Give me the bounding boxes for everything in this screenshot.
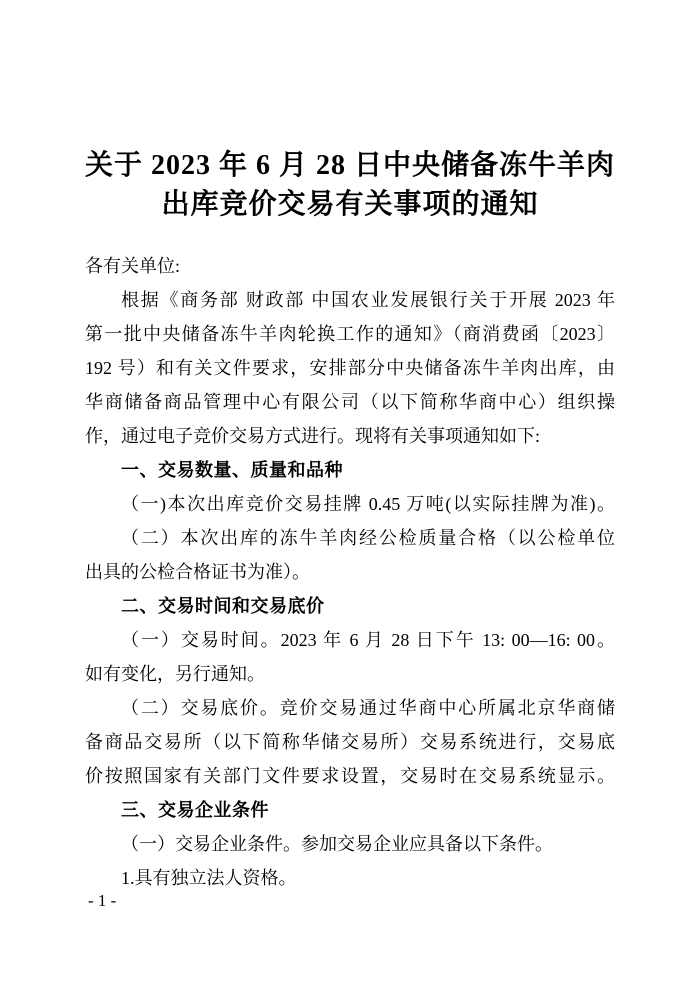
body-line: （一）交易企业条件。参加交易企业应具备以下条件。 [85,827,615,861]
salutation-line: 各有关单位: [85,249,615,283]
body-line: 第一批中央储备冻牛羊肉轮换工作的通知》（商消费函〔2023〕 [85,317,615,351]
body-line: 192 号）和有关文件要求，安排部分中央储备冻牛羊肉出库，由 [85,351,615,385]
body-line: 华商储备商品管理中心有限公司（以下简称华商中心）组织操 [85,385,615,419]
body-line: （二）交易底价。竞价交易通过华商中心所属北京华商储 [85,691,615,725]
section-heading-2: 二、交易时间和交易底价 [85,589,615,623]
section-heading-3: 三、交易企业条件 [85,793,615,827]
document-title-line-2: 出库竞价交易有关事项的通知 [85,185,615,224]
body-line: 备商品交易所（以下简称华储交易所）交易系统进行，交易底 [85,725,615,759]
body-line: 1.具有独立法人资格。 [85,861,615,895]
body-line: 如有变化，另行通知。 [85,657,615,691]
body-line: （二）本次出库的冻牛羊肉经公检质量合格（以公检单位 [85,521,615,555]
document-body: 各有关单位: 根据《商务部 财政部 中国农业发展银行关于开展 2023 年 第一… [85,249,615,895]
body-line: 价按照国家有关部门文件要求设置，交易时在交易系统显示。 [85,759,615,793]
document-title: 关于 2023 年 6 月 28 日中央储备冻牛羊肉 出库竞价交易有关事项的通知 [85,146,615,224]
document-title-line-1: 关于 2023 年 6 月 28 日中央储备冻牛羊肉 [85,146,615,185]
document-page: 关于 2023 年 6 月 28 日中央储备冻牛羊肉 出库竞价交易有关事项的通知… [0,0,700,989]
section-heading-1: 一、交易数量、质量和品种 [85,453,615,487]
page-number: - 1 - [88,891,116,911]
body-line: 出具的公检合格证书为准）。 [85,555,615,589]
body-line: 作，通过电子竞价交易方式进行。现将有关事项通知如下: [85,419,615,453]
body-line: 根据《商务部 财政部 中国农业发展银行关于开展 2023 年 [85,283,615,317]
body-line: （一）交易时间。2023 年 6 月 28 日下午 13: 00—16: 00。 [85,623,615,657]
body-line: （一)本次出库竞价交易挂牌 0.45 万吨(以实际挂牌为准)。 [85,487,615,521]
